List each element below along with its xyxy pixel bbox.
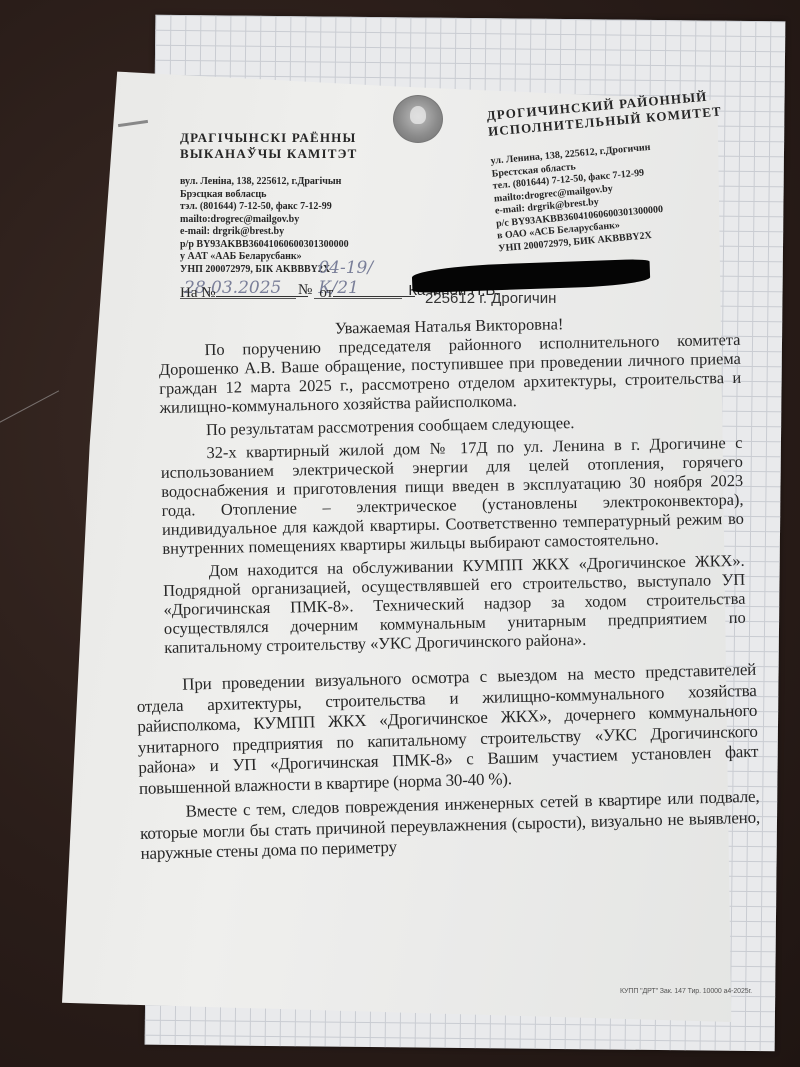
org-name-by-line1: ДРАГІЧЫНСКІ РАЁННЫ — [180, 130, 358, 146]
address-line: Брэсцкая вобласць — [180, 189, 358, 202]
mailto-line: mailto:drogrec@mailgov.by — [180, 214, 358, 227]
phone-line: тэл. (801644) 7-12-50, факс 7-12-99 — [180, 201, 358, 214]
letterhead-russian: ДРОГИЧИНСКИЙ РАЙОННЫЙ ИСПОЛНИТЕЛЬНЫЙ КОМ… — [486, 88, 733, 256]
letterhead-belarusian: ДРАГІЧЫНСКІ РАЁННЫ ВЫКАНАЎЧЫ КАМІТЭТ вул… — [180, 130, 358, 276]
letter-body-top: Уважаемая Наталья Викторовна! По поручен… — [158, 311, 746, 657]
print-imprint: КУПП "ДРТ" Зак. 147 Тир. 10000 а4-2025г. — [620, 988, 752, 995]
in-reply-row: На № от — [180, 284, 415, 302]
paragraph: При проведении визуального осмотра с вые… — [136, 660, 759, 799]
bank-account-line: р/р BY93AKBB36041060600301300000 — [180, 239, 358, 252]
coat-of-arms-icon — [393, 95, 443, 143]
org-name-by-line2: ВЫКАНАЎЧЫ КАМІТЭТ — [180, 146, 358, 162]
from-blank — [333, 284, 415, 297]
paragraph: Дом находится на обслуживании КУМПП ЖКХ … — [163, 551, 747, 657]
email-line: e-mail: drgrik@brest.by — [180, 226, 358, 239]
recipient-city: 225612 г. Дрогичин — [425, 290, 556, 307]
letter-content: ДРАГІЧЫНСКІ РАЁННЫ ВЫКАНАЎЧЫ КАМІТЭТ вул… — [0, 0, 800, 1067]
paragraph: Вместе с тем, следов повреждения инженер… — [139, 787, 760, 865]
in-reply-blank — [216, 284, 308, 297]
org-address-ru: ул. Ленина, 138, 225612, г.Дрогичин Брес… — [490, 135, 733, 255]
letter-body-bottom: При проведении визуального осмотра с вые… — [136, 660, 761, 865]
address-line: вул. Леніна, 138, 225612, г.Драгічын — [180, 176, 358, 189]
paragraph: По поручению председателя районного испо… — [158, 330, 741, 417]
from-label: от — [319, 285, 333, 301]
paragraph: 32-х квартирный жилой дом № 17Д по ул. Л… — [160, 433, 744, 558]
in-reply-label: На № — [180, 285, 216, 301]
